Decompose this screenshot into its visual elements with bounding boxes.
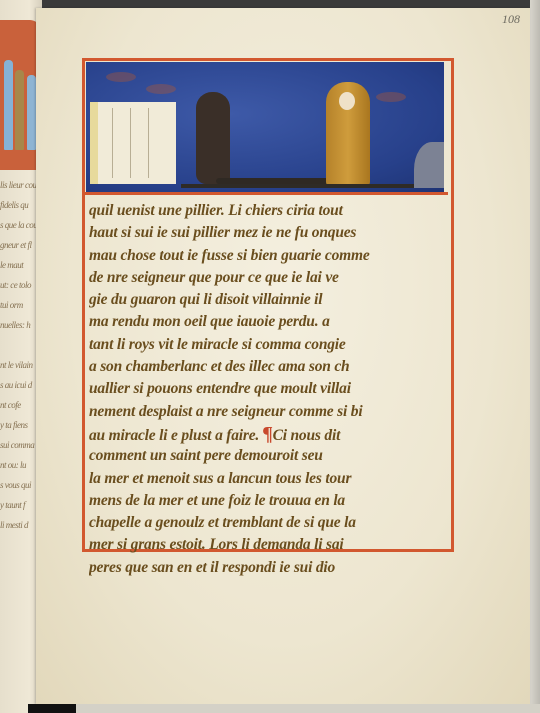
facing-line: nt ou: lu bbox=[0, 455, 38, 475]
facing-miniature bbox=[0, 20, 40, 170]
rubric-heading: Ci nous dit bbox=[273, 427, 341, 444]
text-line: mau chose tout ie fusse si bien guarie c… bbox=[89, 245, 443, 267]
figure-blue bbox=[4, 60, 13, 150]
facing-page-text: lis lieur cou fidelis qu s que la cou gn… bbox=[0, 175, 38, 535]
top-background-strip bbox=[40, 0, 540, 8]
text-line: chapelle a genoulz et tremblant de si qu… bbox=[89, 512, 443, 534]
text-line: uallier si pouons entendre que moult vil… bbox=[89, 378, 443, 400]
pigment-speck bbox=[106, 72, 136, 82]
text-line: a son chamberlanc et des illec ama son c… bbox=[89, 356, 443, 378]
facing-line: li mesti d bbox=[0, 515, 38, 535]
kneeling-devil bbox=[196, 92, 230, 184]
facing-line: le maut bbox=[0, 255, 38, 275]
text-line: gie du guaron qui li disoit villainnie i… bbox=[89, 289, 443, 311]
facing-line: y ta fiens bbox=[0, 415, 38, 435]
facing-line: y taunt f bbox=[0, 495, 38, 515]
facing-line: sui comma bbox=[0, 435, 38, 455]
text-line: de nre seigneur que pour ce que ie lai v… bbox=[89, 267, 443, 289]
text-line: quil uenist une pillier. Li chiers ciria… bbox=[89, 200, 443, 222]
rubric-pilcrow: ¶ bbox=[263, 423, 273, 445]
pigment-speck bbox=[376, 92, 406, 102]
facing-line: lis lieur cou bbox=[0, 175, 38, 195]
text-line: mens de la mer et une foiz le trouua en … bbox=[89, 490, 443, 512]
text-line: ma rendu mon oeil que iauoie perdu. a bbox=[89, 311, 443, 333]
text-line: mer si grans estoit. Lors li demanda li … bbox=[89, 534, 443, 556]
text-line: haut si sui ie sui pillier mez ie ne fu … bbox=[89, 222, 443, 244]
figure-blue-2 bbox=[27, 75, 36, 150]
monk-face bbox=[339, 92, 355, 110]
ground-line bbox=[181, 184, 441, 188]
rocky-hill bbox=[414, 142, 444, 188]
drape-fold bbox=[112, 108, 113, 178]
facing-line: nt cofe bbox=[0, 395, 38, 415]
miniature-illustration bbox=[86, 62, 444, 192]
facing-line: fidelis qu bbox=[0, 195, 38, 215]
altar bbox=[90, 102, 176, 184]
facing-line: gneur et fl bbox=[0, 235, 38, 255]
facing-line bbox=[0, 335, 38, 355]
figure-ochre bbox=[15, 70, 24, 150]
text-line: la mer et menoit sus a lancun tous les t… bbox=[89, 468, 443, 490]
manuscript-page: 108 quil uenist une pillier. Li chiers c… bbox=[36, 8, 530, 704]
drape-fold bbox=[130, 108, 131, 178]
text-line: peres que san en et il respondi ie sui d… bbox=[89, 557, 443, 579]
facing-line: tui orm bbox=[0, 295, 38, 315]
bottom-background bbox=[40, 704, 540, 713]
text-column: quil uenist une pillier. Li chiers ciria… bbox=[89, 200, 443, 579]
folio-number: 108 bbox=[502, 12, 520, 27]
facing-line: nuelles: h bbox=[0, 315, 38, 335]
facing-line: s au icui d bbox=[0, 375, 38, 395]
text-line: nement desplaist a nre seigneur comme si… bbox=[89, 401, 443, 423]
pigment-speck bbox=[146, 84, 176, 94]
text-line-start: au miracle li e plust a faire. bbox=[89, 427, 259, 444]
drape-fold bbox=[148, 108, 149, 178]
text-line: comment un saint pere demouroit seu bbox=[89, 445, 443, 467]
facing-line: s que la cou bbox=[0, 215, 38, 235]
facing-line: nt le vilain bbox=[0, 355, 38, 375]
text-line: tant li roys vit le miracle si comma con… bbox=[89, 334, 443, 356]
black-tab bbox=[28, 704, 76, 713]
miniature-divider bbox=[82, 192, 448, 195]
facing-line: ut: ce tolo bbox=[0, 275, 38, 295]
page-edge bbox=[530, 0, 540, 713]
facing-line: s vous qui bbox=[0, 475, 38, 495]
text-line-with-rubric: au miracle li e plust a faire. ¶Ci nous … bbox=[89, 423, 443, 445]
